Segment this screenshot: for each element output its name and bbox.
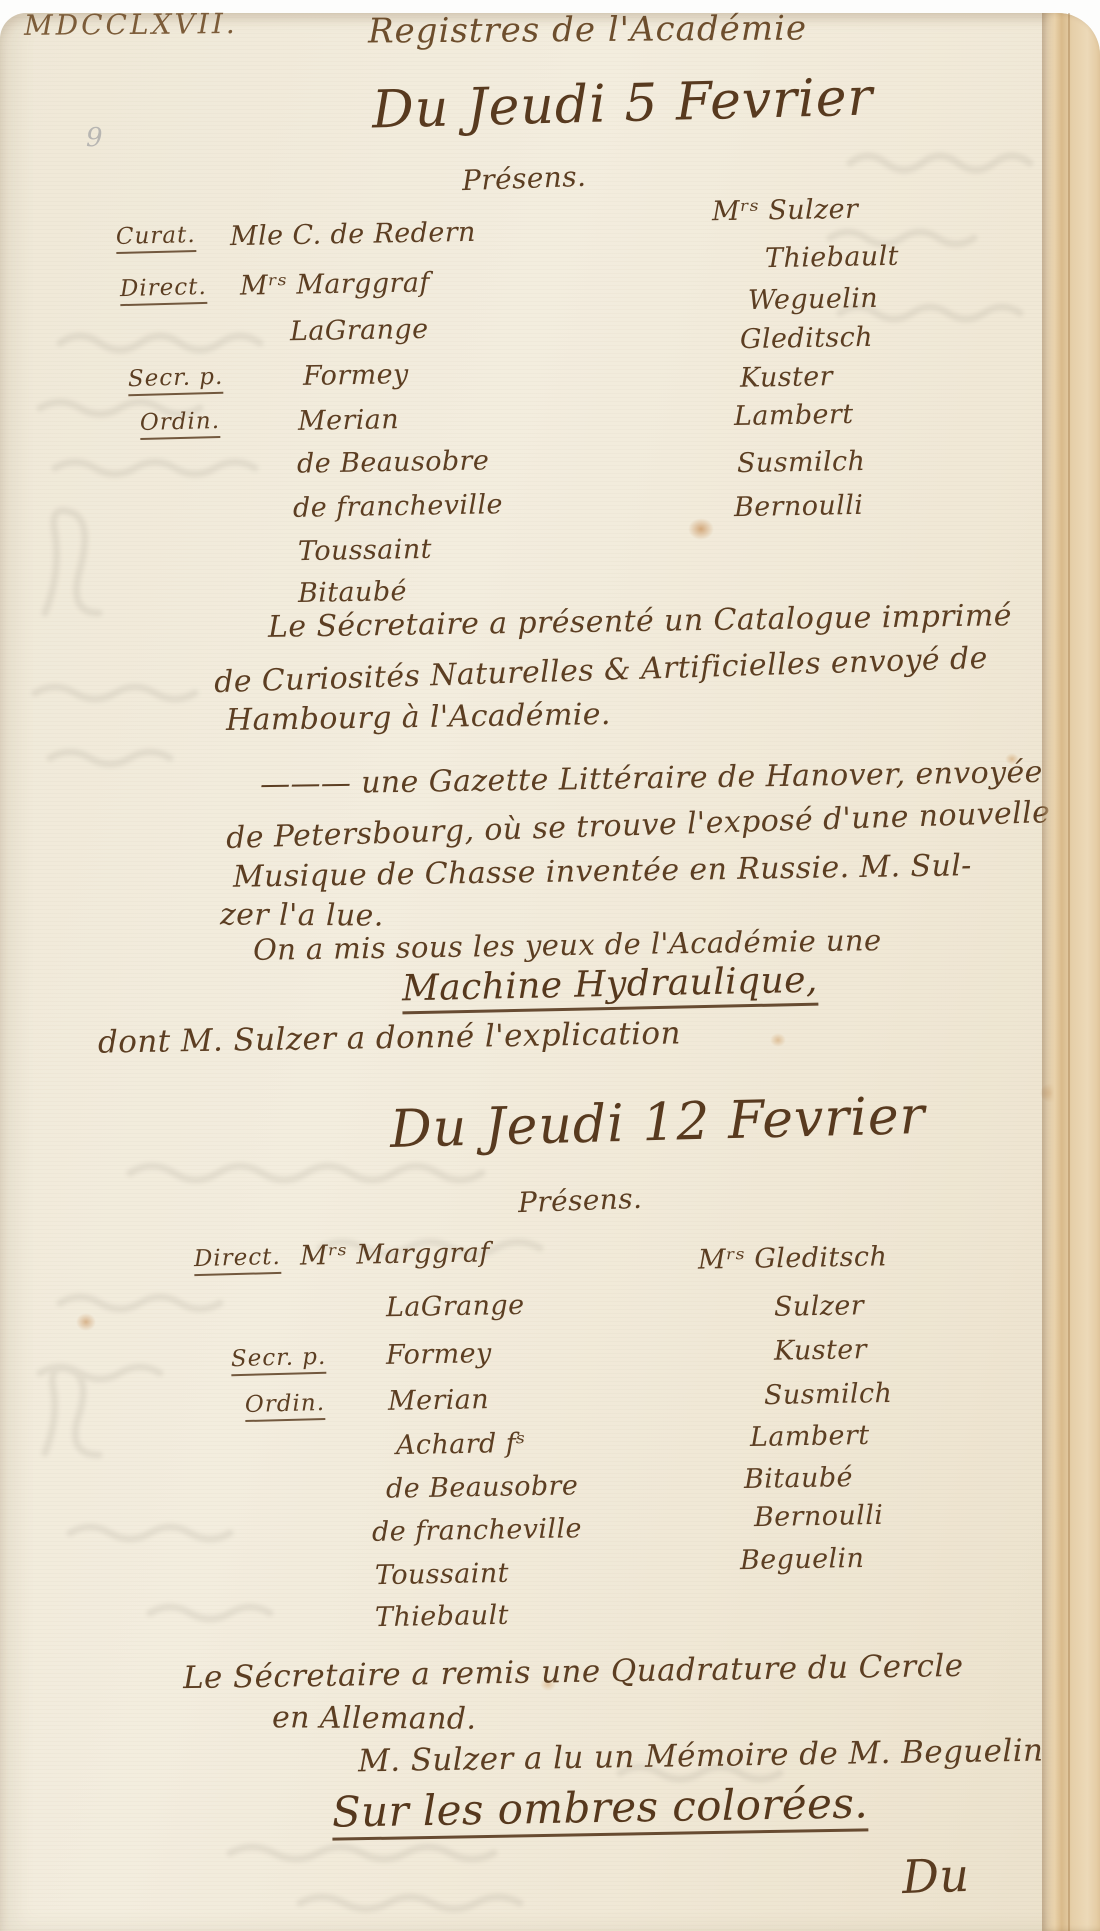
session1-presens-label: Présens. [462, 163, 587, 195]
attendee-name: LaGrange [290, 316, 429, 345]
attendee-name: Achard fˢ [396, 1430, 526, 1459]
attendee-name: Sulzer [774, 1292, 865, 1321]
attendee-name: Kuster [774, 1336, 867, 1365]
attendee-name: LaGrange [386, 1292, 525, 1321]
attendee-name: Weguelin [748, 285, 878, 314]
body-line: Hambourg à l'Académie. [226, 700, 611, 736]
attendee-name: Gleditsch [740, 324, 873, 353]
attendee-name: Merian [388, 1386, 490, 1415]
body-line: de Curiosités Naturelles & Artificielles… [214, 644, 988, 698]
memoir-title: Sur les ombres colorées. [332, 1782, 869, 1840]
manuscript-page: MDCCLXVII. Registres de l'Académie 9 Du … [0, 13, 1100, 1931]
page-edge-crease [1068, 13, 1070, 1931]
attendee-name: Toussaint [375, 1560, 509, 1589]
scanned-manuscript: { "page": { "year": "MDCCLXVII.", "title… [0, 0, 1100, 1931]
folio-pencil-mark: 9 [86, 125, 103, 151]
attendee-name: Thiebault [765, 243, 899, 272]
attendee-name: de Beausobre [386, 1472, 579, 1502]
role-label-ordin: Ordin. [245, 1392, 326, 1422]
role-label-ordin: Ordin. [140, 410, 221, 440]
attendee-name: Bernoulli [754, 1502, 884, 1531]
fox-spot [770, 1033, 786, 1047]
attendee-name: Lambert [750, 1422, 870, 1451]
attendee-name: Bitaubé [744, 1464, 853, 1493]
body-line: Le Sécretaire a remis une Quadrature du … [183, 1651, 964, 1694]
attendee-name: Lambert [734, 401, 854, 430]
body-line: On a mis sous les yeux de l'Académie une [253, 926, 882, 965]
body-line: en Allemand. [272, 1703, 477, 1734]
attendee-name: Beguelin [740, 1545, 865, 1574]
body-line: ——— une Gazette Littéraire de Hanover, e… [260, 758, 1043, 800]
attendee-name: Bernoulli [734, 492, 864, 521]
fox-spot [688, 518, 714, 540]
attendee-name: Mʳˢ Marggraf [240, 269, 430, 299]
attendee-name: Merian [298, 406, 400, 435]
binding-edge [1042, 13, 1100, 1931]
attendee-name: Bitaubé [298, 578, 407, 607]
machine-title: Machine Hydraulique, [402, 963, 819, 1015]
role-label-direct: Direct. [194, 1246, 282, 1276]
attendee-name: Formey [386, 1340, 492, 1369]
catchword: Du [901, 1852, 970, 1900]
body-line: zer l'a lue. [220, 900, 384, 931]
attendee-name: Mʳˢ Marggraf [300, 1239, 490, 1269]
role-label-secr: Secr. p. [128, 366, 224, 396]
fox-spot [76, 1313, 96, 1331]
attendee-name: Thiebault [375, 1602, 509, 1631]
session2-presens-label: Présens. [518, 1185, 643, 1217]
session2-heading: Du Jeudi 12 Fevrier [389, 1090, 926, 1156]
role-label-secr: Secr. p. [231, 1346, 327, 1376]
body-line: Le Sécretaire a présenté un Catalogue im… [268, 601, 1012, 643]
attendee-name: Formey [303, 361, 409, 390]
attendee-name: de francheville [293, 491, 503, 522]
attendee-name: Mʳˢ Gleditsch [698, 1243, 888, 1273]
attendee-name: de Beausobre [297, 447, 490, 477]
body-line: dont M. Sulzer a donné l'explication [98, 1018, 681, 1058]
attendee-name: Susmilch [737, 448, 866, 477]
attendee-name: de francheville [372, 1515, 582, 1546]
attendee-name: Mle C. de Redern [230, 219, 476, 250]
body-line: Musique de Chasse inventée en Russie. M.… [233, 851, 972, 893]
page-title: Registres de l'Académie [368, 11, 807, 48]
year-label: MDCCLXVII. [24, 10, 238, 40]
role-label-curat: Curat. [116, 224, 196, 254]
attendee-name: Susmilch [764, 1380, 893, 1409]
body-line: M. Sulzer a lu un Mémoire de M. Beguelin [358, 1736, 1044, 1778]
session1-heading: Du Jeudi 5 Fevrier [371, 71, 874, 136]
attendee-name: Toussaint [298, 536, 432, 565]
attendee-name: Mʳˢ Sulzer [712, 196, 859, 226]
body-line: de Petersbourg, où se trouve l'exposé d'… [226, 798, 1051, 854]
attendee-name: Kuster [740, 363, 833, 392]
role-label-direct: Direct. [120, 276, 208, 306]
